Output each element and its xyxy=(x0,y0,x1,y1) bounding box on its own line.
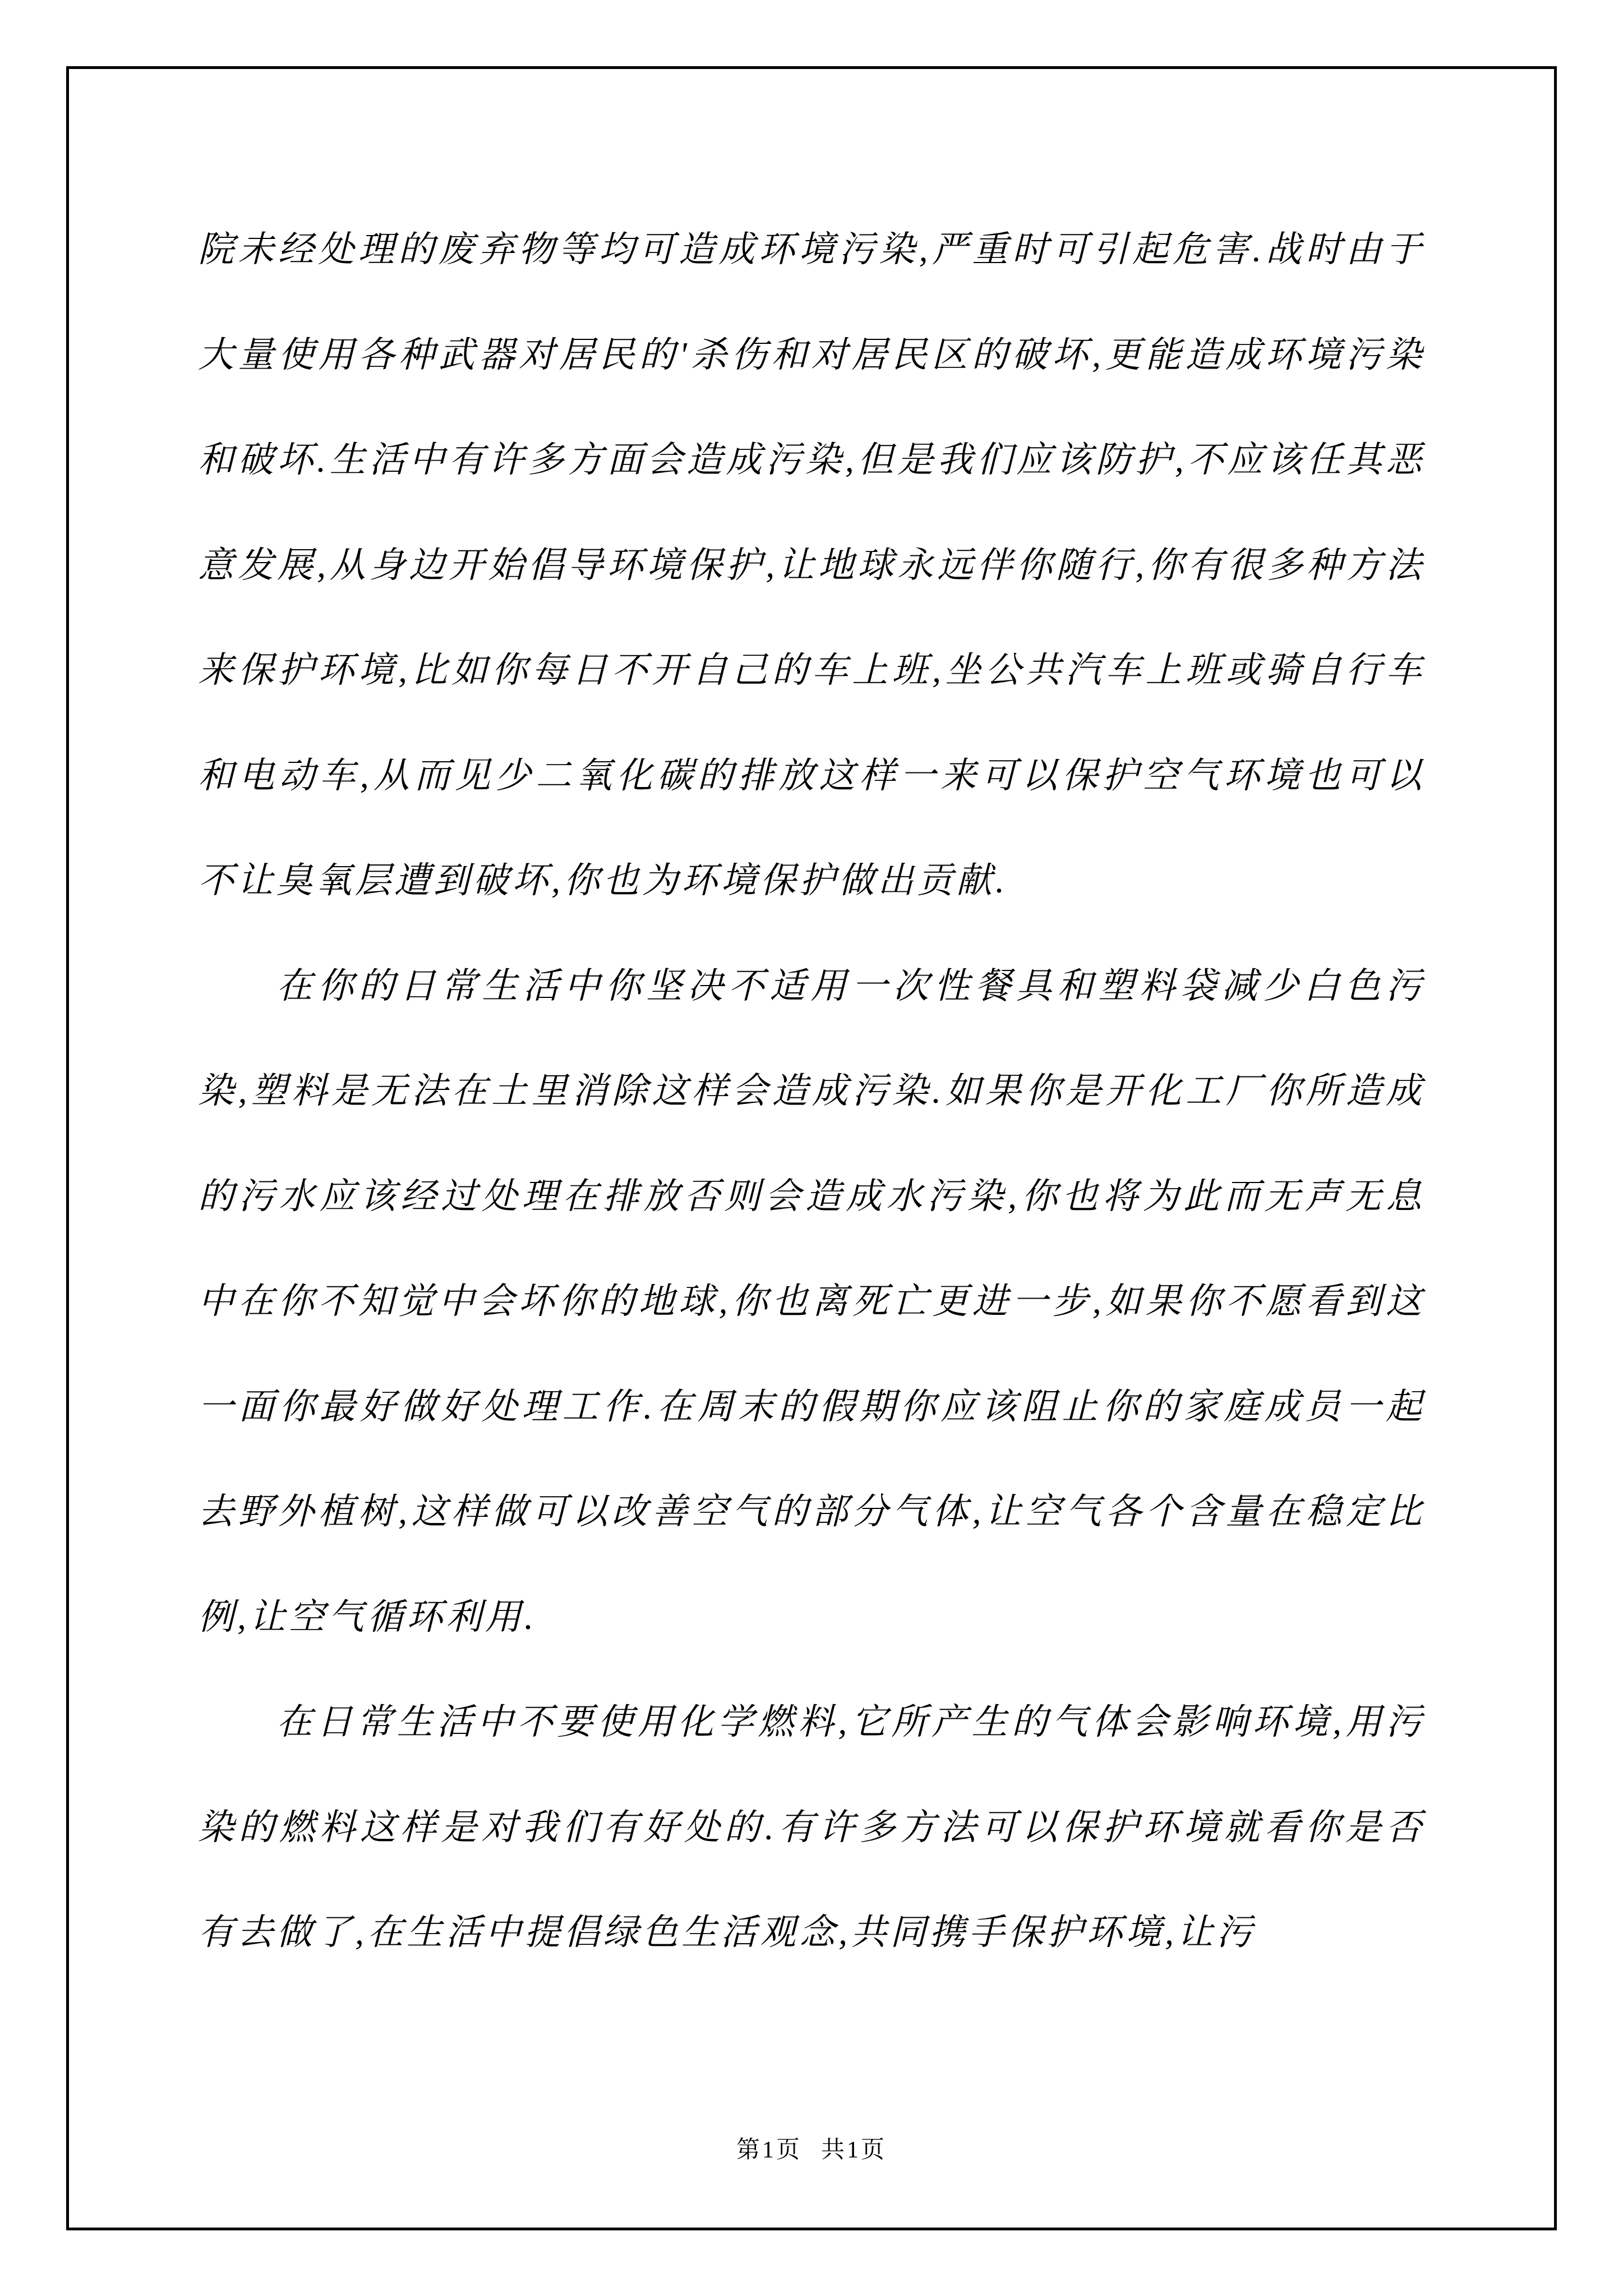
document-body-text: 院未经处理的废弃物等均可造成环境污染,严重时可引起危害.战时由于大量使用各种武器… xyxy=(198,197,1425,1985)
document-page: 院未经处理的废弃物等均可造成环境污染,严重时可引起危害.战时由于大量使用各种武器… xyxy=(0,0,1623,2296)
paragraph-chemical-fuel: 在日常生活中不要使用化学燃料,它所产生的气体会影响环境,用污染的燃料这样是对我们… xyxy=(198,1669,1425,1985)
paragraph-daily-life: 在你的日常生活中你坚决不适用一次性餐具和塑料袋减少白色污染,塑料是无法在土里消除… xyxy=(198,933,1425,1670)
page-footer: 第1页共1页 xyxy=(66,2131,1557,2165)
paragraph-continuation: 院未经处理的废弃物等均可造成环境污染,严重时可引起危害.战时由于大量使用各种武器… xyxy=(198,197,1425,933)
footer-page-total: 共1页 xyxy=(821,2131,887,2165)
footer-page-number: 第1页 xyxy=(736,2131,802,2165)
